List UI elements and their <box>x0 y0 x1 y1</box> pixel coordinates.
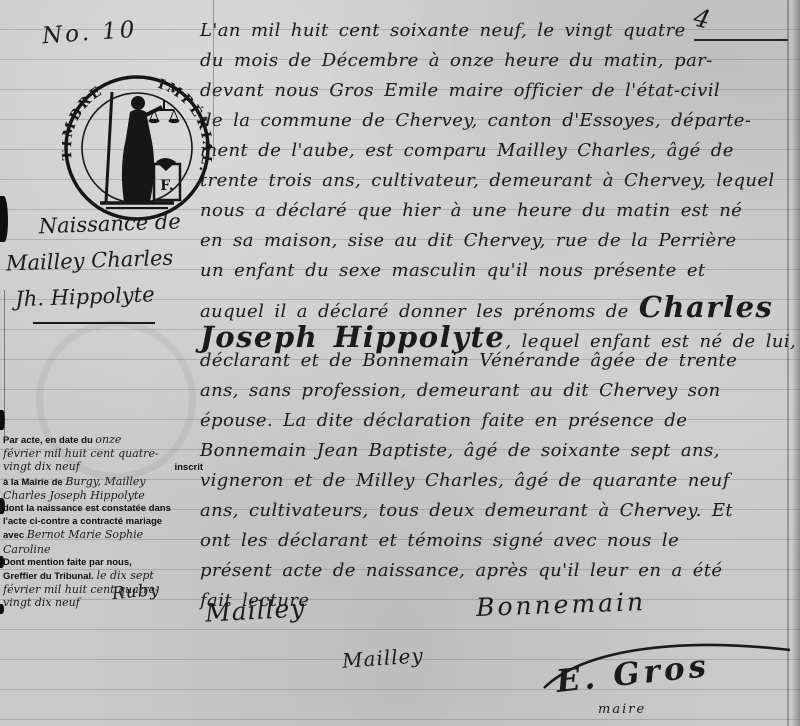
ink-blot <box>0 498 5 514</box>
body-text: L'an mil huit cent soixante neuf, le vin… <box>200 20 686 41</box>
note-line: l'acte ci-contre a contracté mariage <box>3 515 203 528</box>
body-text: en sa maison, sise au dit Chervey, rue d… <box>200 230 737 251</box>
page-edge-shadow <box>792 0 800 726</box>
handwritten-note-text: Charles Joseph Hippolyte <box>3 489 145 502</box>
ink-blot <box>0 196 8 242</box>
timbre-imperial-stamp-icon: TIMBRE IMPÉRIAL. F. <box>62 72 212 222</box>
act-number: No. 10 <box>41 17 138 50</box>
printed-note-text: inscrit <box>174 461 203 474</box>
trailing-rule <box>694 39 788 41</box>
printed-note-text: à la Mairie de <box>3 476 65 489</box>
body-text: présent acte de naissance, après qu'il l… <box>200 560 722 581</box>
big-name: Joseph Hippolyte <box>200 320 505 354</box>
ink-blot <box>0 556 4 568</box>
note-line: avec Bernot Marie Sophie <box>3 528 203 542</box>
body-text: du mois de Décembre à onze heure du mati… <box>200 50 713 71</box>
handwritten-note-text: Burgy, Mailley <box>65 475 145 488</box>
page-edge-line <box>787 0 789 726</box>
note-line: février mil huit cent quatre- <box>3 447 203 460</box>
handwritten-note-text: vingt dix neuf <box>3 460 80 473</box>
big-name: Charles <box>639 290 774 324</box>
note-line: Dont mention faite par nous, <box>3 556 203 569</box>
mayor-title-label: maire <box>598 702 646 717</box>
body-line: devant nous Gros Emile maire officier de… <box>200 80 792 110</box>
ink-blot <box>0 604 4 614</box>
body-line: ont les déclarant et témoins signé avec … <box>200 530 792 560</box>
fold-line <box>213 0 214 160</box>
body-line: ans, cultivateurs, tous deux demeurant à… <box>200 500 792 530</box>
body-line: ment de l'aube, est comparu Mailley Char… <box>200 140 792 170</box>
handwritten-note-text: vingt dix neuf <box>3 596 80 609</box>
printed-note-text: dont la naissance est constatée dans <box>3 502 171 515</box>
body-text: ment de l'aube, est comparu Mailley Char… <box>200 140 734 161</box>
body-line: de la commune de Chervey, canton d'Essoy… <box>200 110 792 140</box>
body-line: déclarant et de Bonnemain Vénérande âgée… <box>200 350 792 380</box>
justice-figure-icon: F. <box>100 92 180 208</box>
body-text: de la commune de Chervey, canton d'Essoy… <box>200 110 751 131</box>
handwritten-note-text: Bernot Marie Sophie <box>27 528 143 541</box>
margin-title: Naissance de Mailley Charles Jh. Hippoly… <box>4 203 208 318</box>
body-text: épouse. La dite déclaration faite en pré… <box>200 410 687 431</box>
printed-note-text: Dont mention faite par nous, <box>3 556 132 569</box>
body-line: nous a déclaré que hier à une heure du m… <box>200 200 792 230</box>
note-line: Greffier du Tribunal. le dix sept <box>3 569 203 583</box>
note-line: vingt dix neufinscrit <box>3 460 203 474</box>
body-text: trente trois ans, cultivateur, demeurant… <box>200 170 775 191</box>
note-line: Caroline <box>3 543 203 556</box>
body-line: en sa maison, sise au dit Chervey, rue d… <box>200 230 792 260</box>
signature-clerk: Ruby <box>111 580 161 604</box>
signature-witness-bonnemain: Bonnemain <box>476 587 647 622</box>
body-text: ans, sans profession, demeurant au dit C… <box>200 380 721 401</box>
printed-note-text: Greffier du Tribunal. <box>3 570 96 583</box>
body-text: Bonnemain Jean Baptiste, âgé de soixante… <box>200 440 720 461</box>
body-line: présent acte de naissance, après qu'il l… <box>200 560 792 590</box>
body-text: déclarant et de Bonnemain Vénérande âgée… <box>200 350 737 371</box>
printed-note-text: l'acte ci-contre a contracté mariage <box>3 515 162 528</box>
margin-title-line: Naissance de <box>4 203 205 246</box>
note-line: à la Mairie de Burgy, Mailley <box>3 475 203 489</box>
body-text: ont les déclarant et témoins signé avec … <box>200 530 679 551</box>
body-text: devant nous Gros Emile maire officier de… <box>200 80 720 101</box>
body-line: L'an mil huit cent soixante neuf, le vin… <box>200 20 792 50</box>
handwritten-note-text: onze <box>95 433 121 446</box>
body-line: un enfant du sexe masculin qu'il nous pr… <box>200 260 792 290</box>
printed-note-text: Par acte, en date du <box>3 434 95 447</box>
body-line: Joseph Hippolyte, lequel enfant est né d… <box>200 320 792 350</box>
body-text: ans, cultivateurs, tous deux demeurant à… <box>200 500 733 521</box>
body-line: épouse. La dite déclaration faite en pré… <box>200 410 792 440</box>
marriage-mention-note: Par acte, en date du onzefévrier mil hui… <box>3 433 203 610</box>
body-text: vigneron et de Milley Charles, âgé de qu… <box>200 470 730 491</box>
svg-text:TIMBRE: TIMBRE <box>62 82 106 160</box>
signature-witness-mailley: Mailley <box>341 643 424 673</box>
handwritten-note-text: février mil huit cent quatre- <box>3 447 159 460</box>
body-line: du mois de Décembre à onze heure du mati… <box>200 50 792 80</box>
body-lines: L'an mil huit cent soixante neuf, le vin… <box>200 20 792 620</box>
body-line: auquel il a déclaré donner les prénoms d… <box>200 290 792 320</box>
printed-note-text: avec <box>3 529 27 542</box>
body-line: Bonnemain Jean Baptiste, âgé de soixante… <box>200 440 792 470</box>
body-line: ans, sans profession, demeurant au dit C… <box>200 380 792 410</box>
note-line: Charles Joseph Hippolyte <box>3 489 203 502</box>
body-text: nous a déclaré que hier à une heure du m… <box>200 200 742 221</box>
signature-declarant: Mailley <box>204 593 306 627</box>
margin-title-line: Jh. Hippolyte <box>7 274 208 317</box>
fold-line <box>4 290 5 440</box>
note-line: Par acte, en date du onze <box>3 433 203 447</box>
body-text: auquel il a déclaré donner les prénoms d… <box>200 301 639 322</box>
body-text: , lequel enfant est né de lui, <box>505 331 796 352</box>
stamp-shield-letter: F. <box>160 178 173 194</box>
note-line: vingt dix neuf <box>3 596 203 609</box>
handwritten-note-text: Caroline <box>3 543 51 556</box>
birth-certificate-scan: No. 10 4 TIMBRE IMPÉRIAL. F. <box>0 0 800 726</box>
note-line: février mil huit cent quatre- <box>3 583 203 596</box>
stamp-text-timbre: TIMBRE <box>62 82 106 160</box>
body-line: trente trois ans, cultivateur, demeurant… <box>200 170 792 200</box>
note-line: dont la naissance est constatée dans <box>3 502 203 515</box>
body-text: un enfant du sexe masculin qu'il nous pr… <box>200 260 706 281</box>
body-line: vigneron et de Milley Charles, âgé de qu… <box>200 470 792 500</box>
